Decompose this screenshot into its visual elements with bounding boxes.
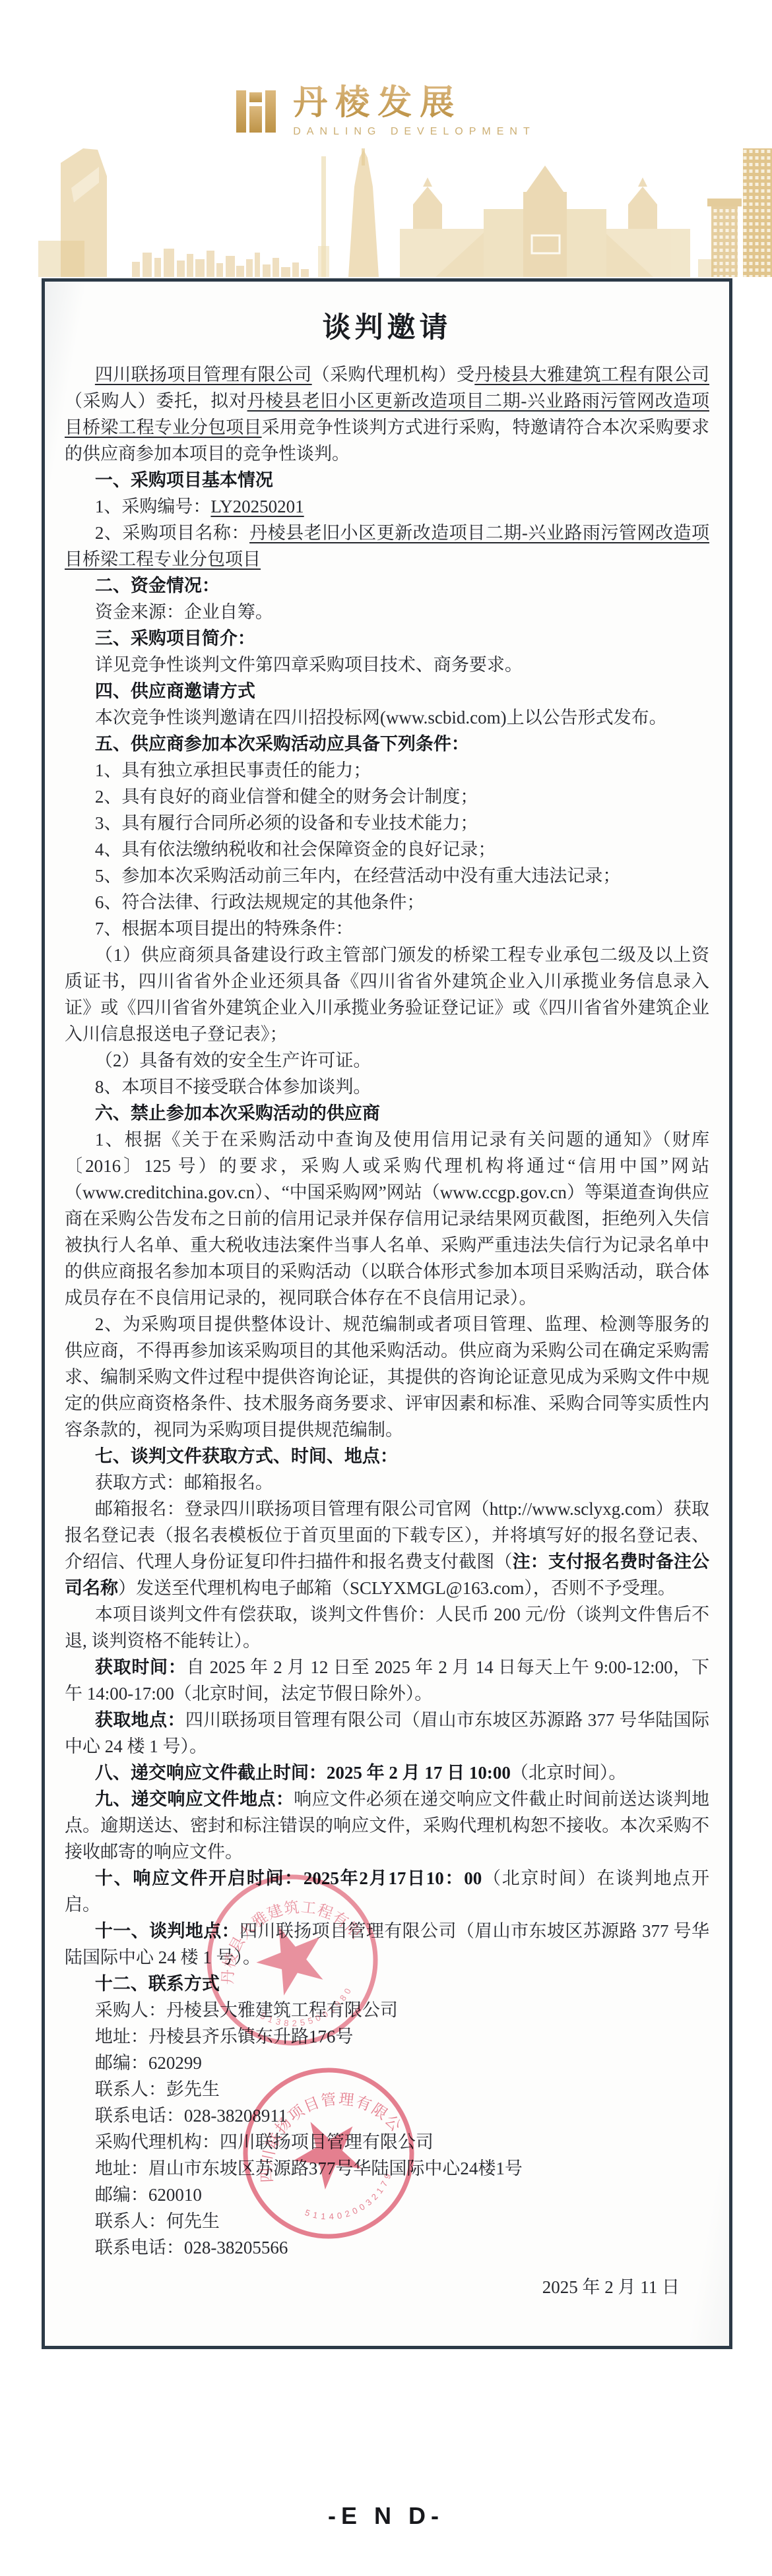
- doc-paragraph: 联系电话：028-38205566: [65, 2234, 709, 2261]
- doc-paragraph: 邮编：620299: [65, 2050, 709, 2076]
- document-page: 丹棱发展 DANLING DEVELOPMENT: [0, 0, 772, 2572]
- doc-paragraph: 本项目谈判文件有偿获取，谈判文件售价：人民币 200 元/份（谈判文件售后不退,…: [65, 1601, 709, 1654]
- brand-subtitle: DANLING DEVELOPMENT: [293, 126, 535, 138]
- doc-paragraph: 2、具有良好的商业信誉和健全的财务会计制度；: [65, 783, 709, 810]
- document-box: 谈判邀请 四川联扬项目管理有限公司（采购代理机构）受丹棱县大雅建筑工程有限公司（…: [42, 278, 732, 2349]
- brand-header: 丹棱发展 DANLING DEVELOPMENT: [0, 0, 772, 277]
- doc-heading: 十二、联系方式: [65, 1971, 709, 1997]
- doc-paragraph: 四川联扬项目管理有限公司（采购代理机构）受丹棱县大雅建筑工程有限公司（采购人）委…: [65, 361, 709, 467]
- doc-paragraph: 九、递交响应文件地点：响应文件必须在递交响应文件截止时间前送达谈判地点。逾期送达…: [65, 1786, 709, 1865]
- doc-paragraph: 5、参加本次采购活动前三年内，在经营活动中没有重大违法记录；: [65, 863, 709, 889]
- doc-paragraph: 1、根据《关于在采购活动中查询及使用信用记录有关问题的通知》（财库〔2016〕1…: [65, 1126, 709, 1311]
- doc-heading: 七、谈判文件获取方式、时间、地点：: [65, 1443, 709, 1469]
- doc-paragraph: 资金来源：企业自筹。: [65, 599, 709, 625]
- doc-paragraph: 1、采购编号：LY20250201: [65, 493, 709, 520]
- doc-heading: 一、采购项目基本情况: [65, 467, 709, 493]
- doc-paragraph: （1）供应商须具备建设行政主管部门颁发的桥梁工程专业承包二级及以上资质证书，四川…: [65, 942, 709, 1047]
- end-mark: -E N D-: [0, 2502, 772, 2530]
- doc-paragraph: 获取地点：四川联扬项目管理有限公司（眉山市东坡区苏源路 377 号华陆国际中心 …: [65, 1707, 709, 1760]
- doc-paragraph: 地址：丹棱县齐乐镇东升路176号: [65, 2023, 709, 2050]
- doc-paragraph: 1、具有独立承担民事责任的能力；: [65, 757, 709, 783]
- doc-paragraph: 本次竞争性谈判邀请在四川招投标网(www.scbid.com)上以公告形式发布。: [65, 704, 709, 731]
- doc-heading: 四、供应商邀请方式: [65, 678, 709, 704]
- doc-heading: 三、采购项目简介：: [65, 625, 709, 652]
- doc-paragraph: 获取方式：邮箱报名。: [65, 1469, 709, 1496]
- doc-paragraph: 获取时间：自 2025 年 2 月 12 日至 2025 年 2 月 14 日每…: [65, 1654, 709, 1707]
- doc-paragraph: 邮编：620010: [65, 2182, 709, 2208]
- doc-paragraph: 联系电话：028-38208911: [65, 2102, 709, 2129]
- doc-paragraph: 7、根据本项目提出的特殊条件：: [65, 915, 709, 942]
- doc-paragraph: 联系人：何先生: [65, 2208, 709, 2234]
- doc-paragraph: 八、递交响应文件截止时间：2025 年 2 月 17 日 10:00（北京时间）…: [65, 1760, 709, 1786]
- doc-paragraph: 联系人：彭先生: [65, 2076, 709, 2102]
- doc-heading: 五、供应商参加本次采购活动应具备下列条件：: [65, 731, 709, 757]
- doc-paragraph: 8、本项目不接受联合体参加谈判。: [65, 1074, 709, 1100]
- doc-paragraph: 详见竞争性谈判文件第四章采购项目技术、商务要求。: [65, 652, 709, 678]
- doc-paragraph: 地址：眉山市东坡区苏源路377号华陆国际中心24楼1号: [65, 2155, 709, 2182]
- doc-paragraph: 3、具有履行合同所必须的设备和专业技术能力；: [65, 810, 709, 836]
- doc-paragraph: 邮箱报名：登录四川联扬项目管理有限公司官网（http://www.sclyxg.…: [65, 1496, 709, 1601]
- doc-paragraph: 采购人：丹棱县大雅建筑工程有限公司: [65, 1997, 709, 2023]
- brand-name: 丹棱发展: [293, 84, 535, 122]
- danling-logo-icon: [236, 90, 276, 133]
- doc-paragraph: 十一、谈判地点：四川联扬项目管理有限公司（眉山市东坡区苏源路 377 号华陆国际…: [65, 1918, 709, 1971]
- doc-paragraph: 2、为采购项目提供整体设计、规范编制或者项目管理、监理、检测等服务的供应商，不得…: [65, 1311, 709, 1443]
- doc-paragraph: 十、响应文件开启时间：2025年2月17日10：00（北京时间）在谈判地点开启。: [65, 1865, 709, 1918]
- doc-paragraph: （2）具备有效的安全生产许可证。: [65, 1047, 709, 1074]
- doc-paragraph: 4、具有依法缴纳税收和社会保障资金的良好记录；: [65, 836, 709, 863]
- city-skyline-graphic: [0, 148, 772, 277]
- document-body: 四川联扬项目管理有限公司（采购代理机构）受丹棱县大雅建筑工程有限公司（采购人）委…: [65, 361, 709, 2300]
- doc-paragraph: 6、符合法律、行政法规规定的其他条件；: [65, 889, 709, 915]
- doc-paragraph: 2、采购项目名称：丹棱县老旧小区更新改造项目二期-兴业路雨污管网改造项目桥梁工程…: [65, 520, 709, 572]
- doc-heading: 六、禁止参加本次采购活动的供应商: [65, 1100, 709, 1126]
- doc-heading: 二、资金情况：: [65, 572, 709, 599]
- doc-date: 2025 年 2 月 11 日: [65, 2274, 709, 2300]
- document-title: 谈判邀请: [65, 305, 709, 346]
- doc-paragraph: 采购代理机构：四川联扬项目管理有限公司: [65, 2129, 709, 2155]
